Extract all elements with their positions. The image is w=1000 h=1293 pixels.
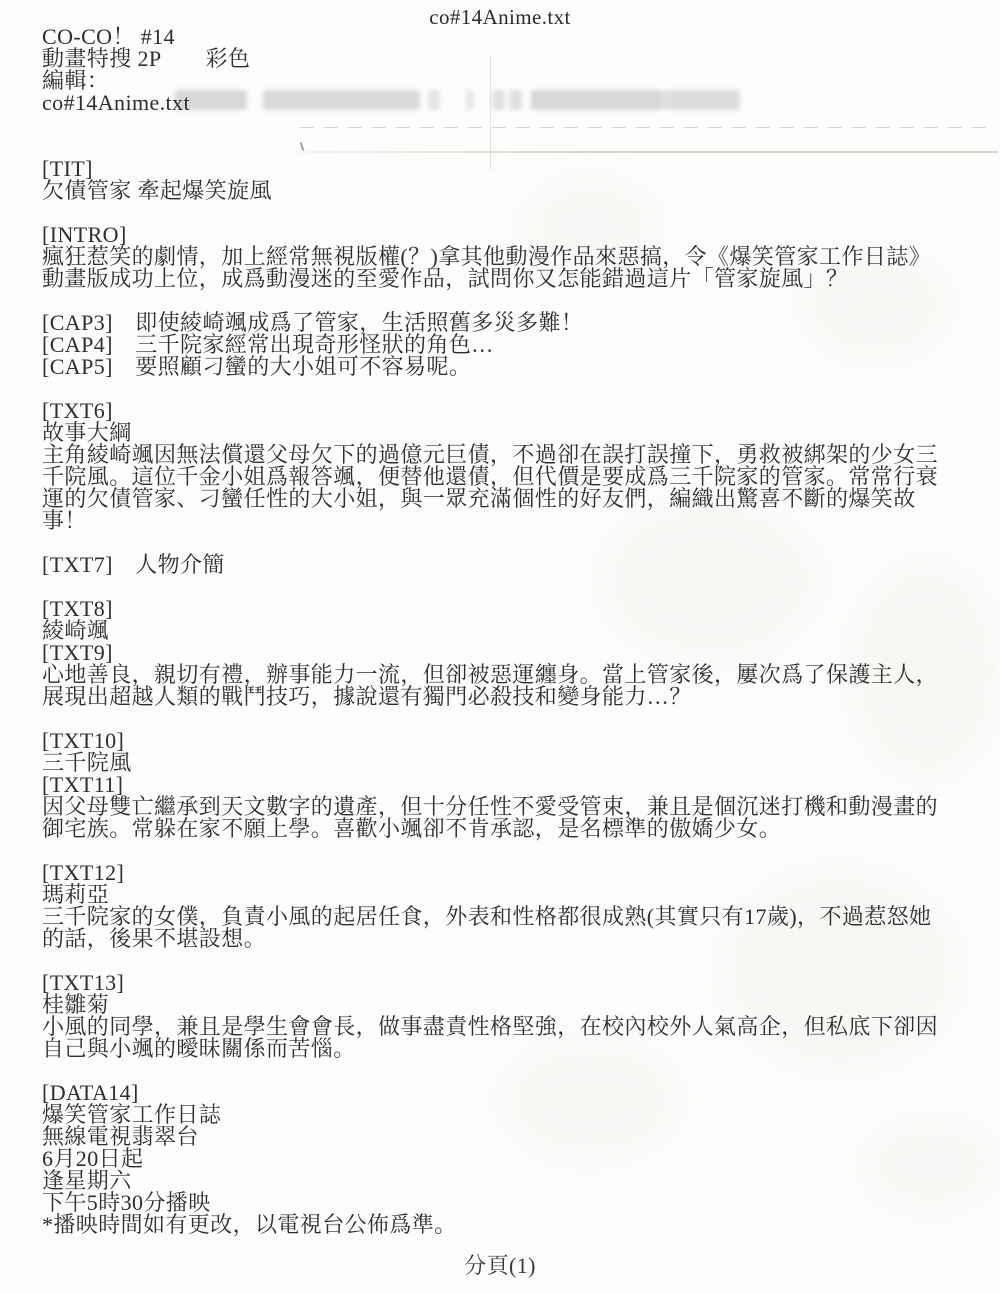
text-line: [TXT6] bbox=[42, 400, 982, 422]
text-line bbox=[42, 532, 982, 554]
text-line: 編輯： bbox=[42, 70, 982, 92]
text-line: co#14Anime.txt bbox=[42, 92, 982, 114]
text-line: [TXT12] bbox=[42, 862, 982, 884]
text-line: 御宅族。常躲在家不願上學。喜歡小颯卻不肯承認，是名標準的傲嬌少女。 bbox=[42, 818, 982, 840]
text-line bbox=[42, 114, 982, 136]
text-line: 爆笑管家工作日誌 bbox=[42, 1104, 982, 1126]
text-line: 瑪莉亞 bbox=[42, 884, 982, 906]
text-line bbox=[42, 1060, 982, 1082]
text-line: 主角綾崎颯因無法償還父母欠下的過億元巨債，不過卻在誤打誤撞下，勇救被綁架的少女三 bbox=[42, 444, 982, 466]
text-line: 運的欠債管家、刁蠻任性的大小姐，與一眾充滿個性的好友們，編織出驚喜不斷的爆笑故 bbox=[42, 488, 982, 510]
page-number-footer: 分頁(1) bbox=[0, 1254, 1000, 1278]
text-line: [INTRO] bbox=[42, 224, 982, 246]
text-line: 動畫特搜 2P 彩色 bbox=[42, 48, 982, 70]
text-line: 的話，後果不堪設想。 bbox=[42, 928, 982, 950]
text-line: 無線電視翡翠台 bbox=[42, 1126, 982, 1148]
text-line bbox=[42, 950, 982, 972]
text-line: 綾崎颯 bbox=[42, 620, 982, 642]
text-line bbox=[42, 708, 982, 730]
text-line: 逢星期六 bbox=[42, 1170, 982, 1192]
text-line: 三千院家的女僕，負責小風的起居任食，外表和性格都很成熟(其實只有17歲)，不過惹… bbox=[42, 906, 982, 928]
text-line: [CAP4] 三千院家經常出現奇形怪狀的角色… bbox=[42, 334, 982, 356]
text-line bbox=[42, 290, 982, 312]
text-line: 瘋狂惹笑的劇情，加上經常無視版權(？)拿其他動漫作品來惡搞，令《爆笑管家工作日誌… bbox=[42, 246, 982, 268]
text-line: 三千院風 bbox=[42, 752, 982, 774]
text-line: CO-CO！ #14 bbox=[42, 26, 982, 48]
text-line: 欠債管家 牽起爆笑旋風 bbox=[42, 180, 982, 202]
text-line: [TIT] bbox=[42, 158, 982, 180]
text-line bbox=[42, 840, 982, 862]
text-line: 故事大綱 bbox=[42, 422, 982, 444]
text-line: [TXT9] bbox=[42, 642, 982, 664]
text-line bbox=[42, 378, 982, 400]
text-line: 心地善良，親切有禮，辦事能力一流，但卻被惡運纏身。當上管家後，屢次爲了保護主人， bbox=[42, 664, 982, 686]
text-line: [CAP3] 即使綾崎颯成爲了管家，生活照舊多災多難！ bbox=[42, 312, 982, 334]
text-line bbox=[42, 576, 982, 598]
text-line: [TXT13] bbox=[42, 972, 982, 994]
text-line: 小風的同學，兼且是學生會會長，做事盡責性格堅強，在校內校外人氣高企，但私底下卻因 bbox=[42, 1016, 982, 1038]
text-line: [TXT11] bbox=[42, 774, 982, 796]
text-line: 事！ bbox=[42, 510, 982, 532]
text-line: [TXT10] bbox=[42, 730, 982, 752]
text-lines: CO-CO！ #14動畫特搜 2P 彩色編輯：co#14Anime.txt [T… bbox=[42, 26, 982, 1236]
text-line: 下午5時30分播映 bbox=[42, 1192, 982, 1214]
text-line: 自己與小颯的曖昧關係而苦惱。 bbox=[42, 1038, 982, 1060]
text-line: [CAP5] 要照顧刁蠻的大小姐可不容易呢。 bbox=[42, 356, 982, 378]
text-line: [DATA14] bbox=[42, 1082, 982, 1104]
text-line: *播映時間如有更改，以電視台公佈爲準。 bbox=[42, 1214, 982, 1236]
scanned-text-page: co#14Anime.txt CO-CO！ #14動畫特搜 2P 彩色編輯：co… bbox=[0, 0, 1000, 1293]
text-line bbox=[42, 202, 982, 224]
text-line bbox=[42, 136, 982, 158]
text-line: [TXT8] bbox=[42, 598, 982, 620]
text-line: 因父母雙亡繼承到天文數字的遺產，但十分任性不愛受管束，兼且是個沉迷打機和動漫畫的 bbox=[42, 796, 982, 818]
text-line: 桂雛菊 bbox=[42, 994, 982, 1016]
text-line: 6月20日起 bbox=[42, 1148, 982, 1170]
text-line: 動畫版成功上位，成爲動漫迷的至愛作品，試問你又怎能錯過這片「管家旋風」？ bbox=[42, 268, 982, 290]
text-line: [TXT7] 人物介簡 bbox=[42, 554, 982, 576]
text-line: 千院風。這位千金小姐爲報答颯，便替他還債，但代價是要成爲三千院家的管家。常常行衰 bbox=[42, 466, 982, 488]
text-line: 展現出超越人類的戰鬥技巧，據說還有獨門必殺技和變身能力…？ bbox=[42, 686, 982, 708]
